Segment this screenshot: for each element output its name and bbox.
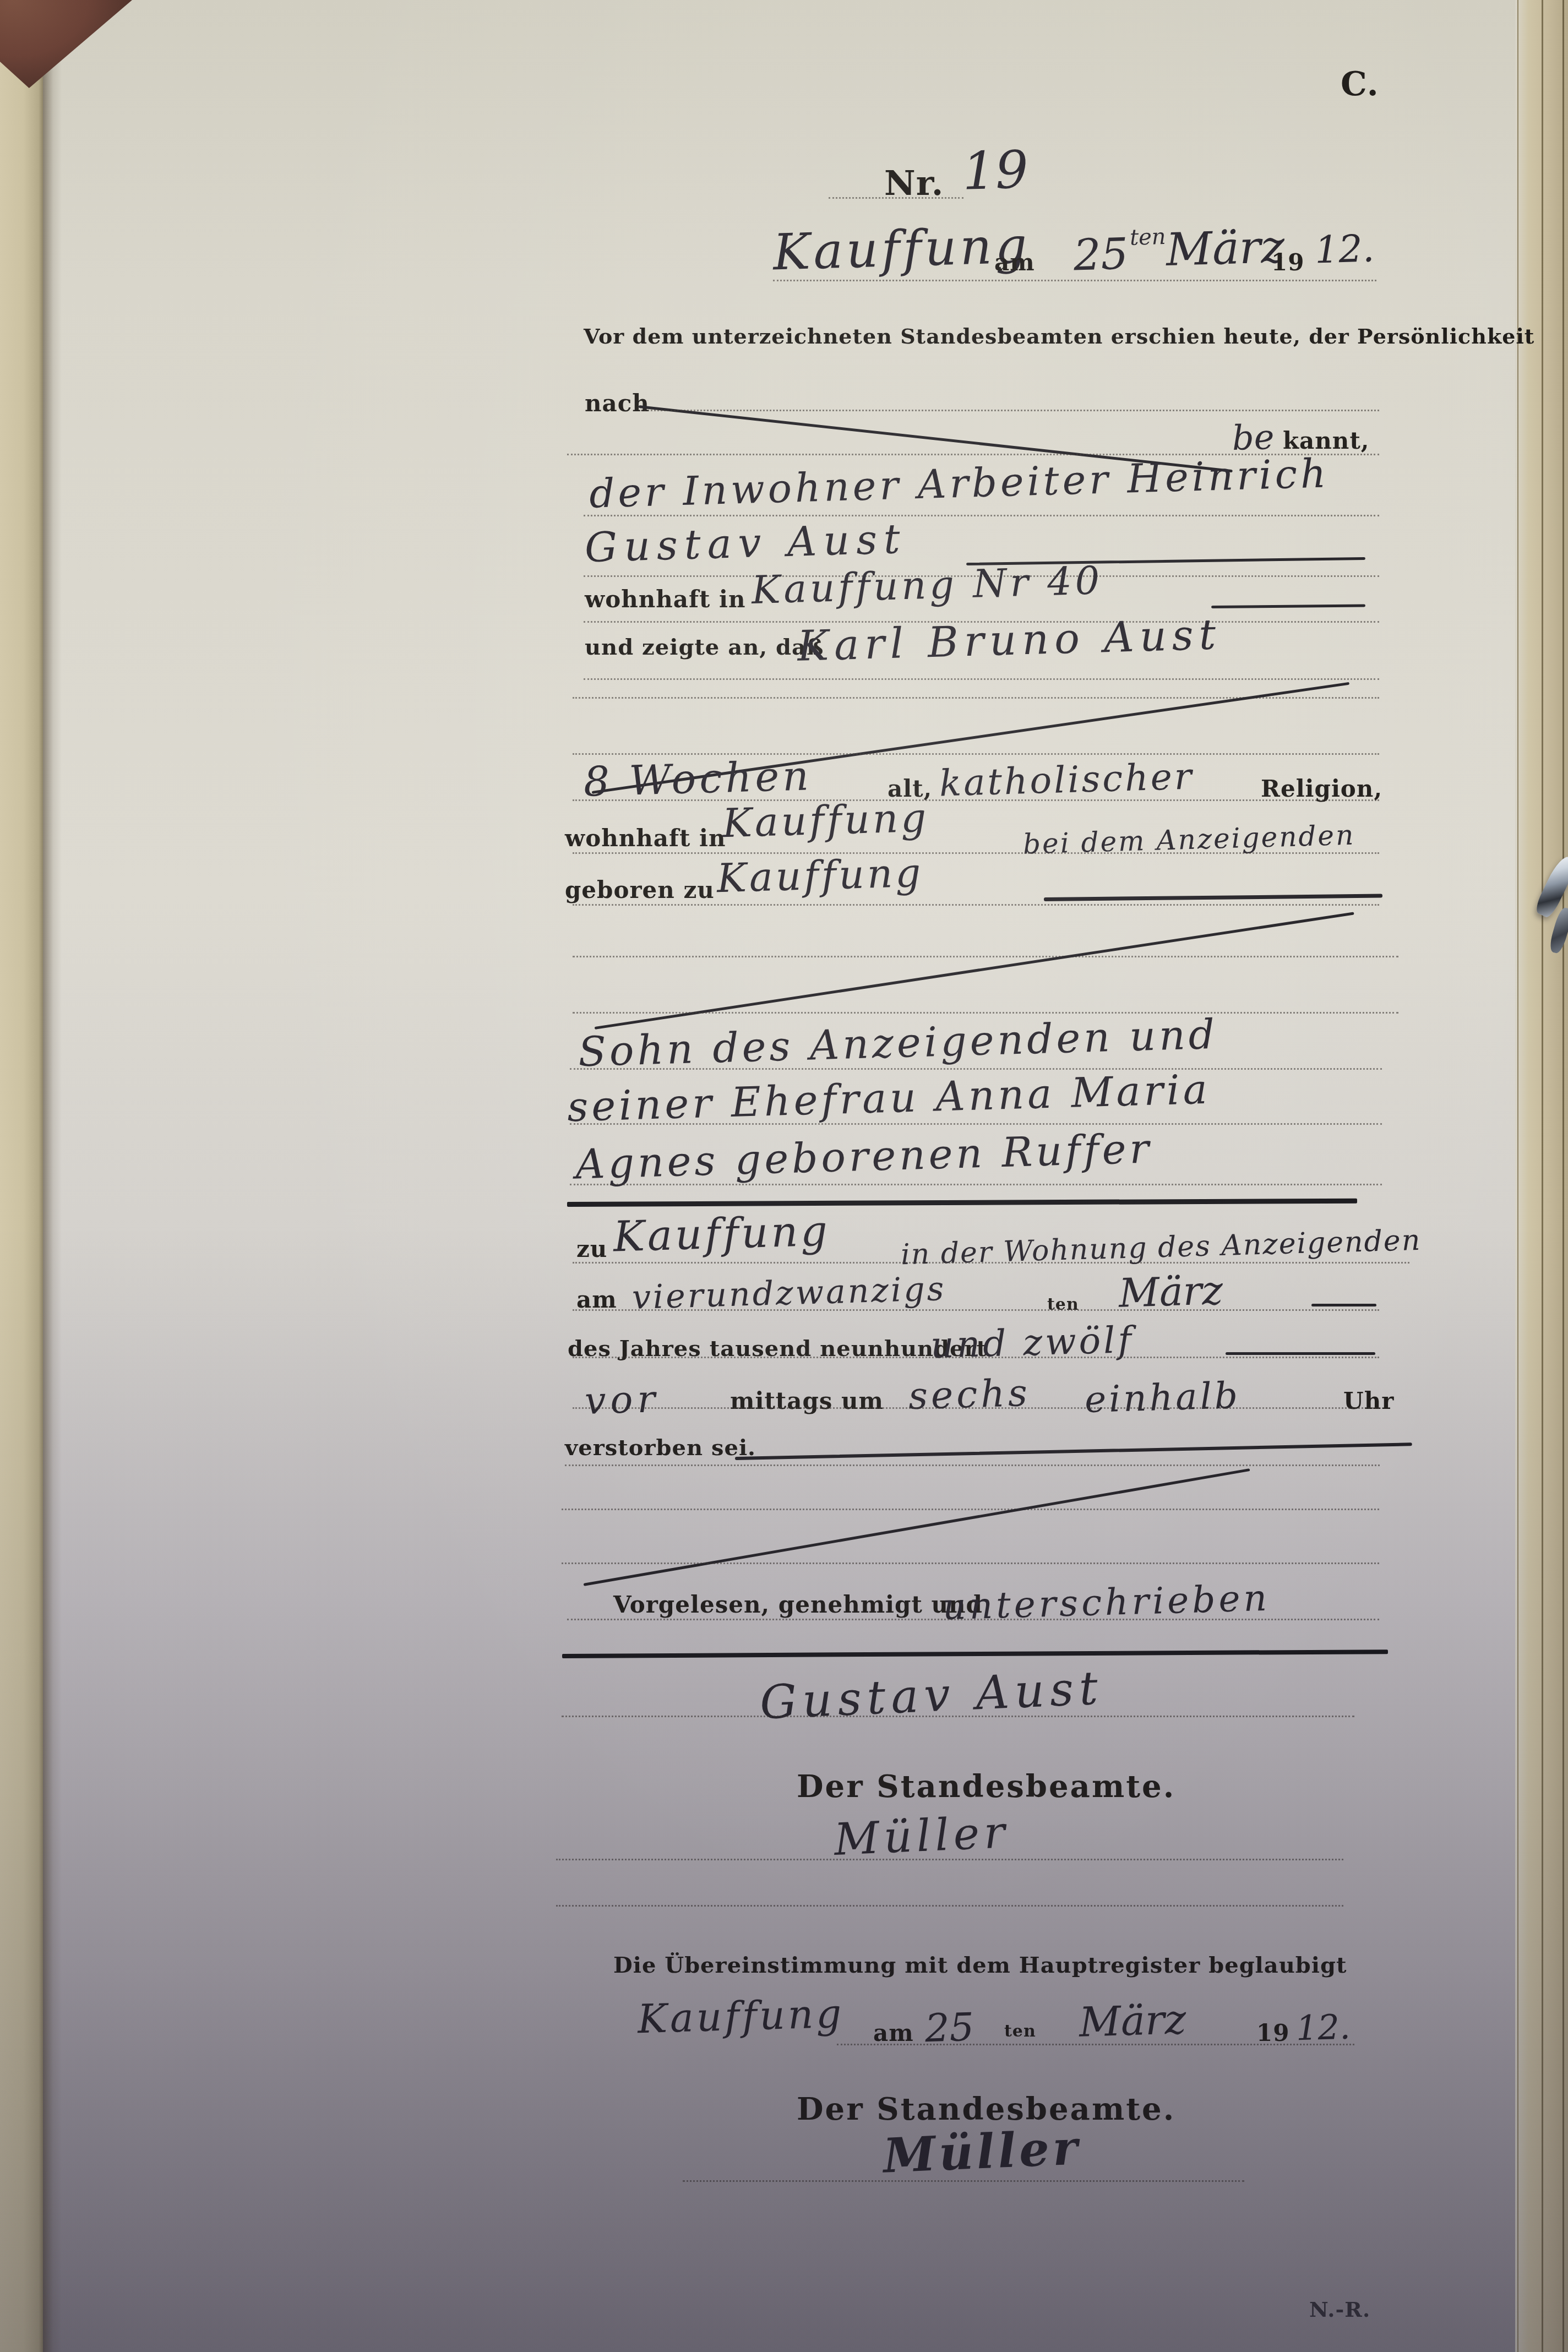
death-place-2: in der Wohnung des Anzeigenden [900,1224,1422,1271]
death-year-written: und zwölf [930,1319,1135,1366]
religion-written: katholischer [939,755,1194,805]
dotted-line [683,2180,1244,2182]
header-place: Kauffung [772,217,1031,282]
fill-dash [1311,1304,1376,1306]
birthplace-written: Kauffung [716,850,924,901]
fill-dash [1044,894,1382,901]
verstorben-label: verstorben sei. [565,1435,756,1461]
dotted-line [570,1184,1382,1185]
declarant-line1: der Inwohner Arbeiter Heinrich [589,450,1330,517]
zu-label: zu [576,1235,607,1262]
dotted-line [829,197,963,199]
religion-label: Religion, [1261,775,1382,802]
page-edge-line [1542,0,1543,2352]
uhr-label: Uhr [1343,1387,1394,1414]
mittags-label: mittags um [730,1387,884,1414]
age-written: 8 Wochen [583,752,813,806]
time-prefix-written: vor [584,1378,660,1423]
dotted-line [773,280,1376,281]
dotted-line [641,410,1379,411]
dotted-line [573,1012,1398,1014]
header-year-written: 12. [1314,227,1375,273]
dotted-line [573,1357,1379,1358]
nach-label: nach [585,390,650,417]
certification-month: März [1079,1996,1187,2046]
dotted-line [584,678,1379,680]
fill-line [735,1442,1412,1460]
deceased-residence: Kauffung [722,794,929,846]
book-cover-corner [0,0,132,88]
crossout-stroke [584,1468,1250,1586]
registrar-signature-2: Müller [882,2120,1082,2184]
geboren-label: geboren zu [565,876,715,903]
page-edge-line [1562,0,1564,2352]
dotted-line [573,1262,1409,1264]
page-section-letter: C. [1341,65,1379,104]
record-number-value: 19 [962,140,1030,202]
death-place: Kauffung [613,1206,831,1261]
dotted-line [570,1123,1382,1125]
dotted-line [573,852,1379,854]
certification-year-printed: 19 [1256,2019,1289,2046]
intro-line: Vor dem unterzeichneten Standesbeamten e… [584,324,1534,349]
dotted-line [562,1562,1379,1564]
dotted-line [565,1464,1380,1466]
certification-place: Kauffung [637,1990,845,2042]
dotted-line [584,515,1379,516]
dotted-line [573,753,1379,755]
dotted-line [556,1905,1343,1907]
registrar-title-2: Der Standesbeamte. [797,2091,1175,2127]
dotted-line [573,799,1379,801]
certification-am-label: am [873,2019,914,2046]
certification-year-written: 12. [1295,2007,1351,2049]
parents-line2: seiner Ehefrau Anna Maria [567,1066,1211,1131]
registry-page-photo: C. Nr. 19 Kauffung am 25 ten März 19 12.… [0,0,1568,2352]
deceased-residence-2: bei dem Anzeigenden [1022,819,1355,861]
dotted-line [562,1716,1354,1717]
registrar-title-1: Der Standesbeamte. [797,1768,1175,1805]
header-year-printed: 19 [1271,249,1304,276]
declarant-line2: Gustav Aust [584,515,907,571]
wohnhaft-label-1: wohnhaft in [585,586,746,613]
dotted-line [573,1407,1379,1409]
header-date-day: 25 [1073,230,1129,281]
certification-line: Die Übereinstimmung mit dem Hauptregiste… [613,1952,1347,1978]
declarant-signature: Gustav Aust [759,1660,1104,1729]
page-edge-line [1517,0,1518,2352]
deceased-name: Karl Bruno Aust [797,609,1222,670]
hour-written: sechs [908,1371,1031,1418]
dotted-line [837,2044,1354,2045]
section-rule [567,1199,1357,1207]
wohnhaft-label-2: wohnhaft in [565,825,726,852]
vorgelesen-label: Vorgelesen, genehmigt und [613,1591,983,1618]
dotted-line [573,956,1398,957]
unterschrieben-written: unterschrieben [942,1577,1271,1629]
death-ten-label: ten [1047,1295,1079,1314]
declarant-residence: Kauffung Nr 40 [751,558,1103,613]
fill-dash [1226,1352,1375,1355]
certification-ten-label: ten [1004,2022,1036,2041]
dotted-line [556,1859,1343,1860]
parents-line3: Agnes geborenen Ruffer [575,1125,1153,1188]
header-date-month: März [1166,221,1286,276]
book-gutter-shadow [43,0,62,2352]
dotted-line [573,904,1379,906]
dotted-line [573,1309,1379,1311]
registrar-signature-1: Müller [833,1806,1010,1865]
left-page-edge [0,0,43,2352]
dotted-line [570,1068,1382,1070]
header-date-day-suffix: ten [1129,224,1166,251]
dotted-line [567,1619,1379,1620]
half-written: einhalb [1084,1374,1241,1421]
header-am-label: am [994,249,1035,276]
footer-register-mark: N.-R. [1309,2297,1370,2322]
fill-dash [1211,605,1365,608]
signature-rule [562,1649,1388,1658]
anzeige-label: und zeigte an, daß [585,634,824,660]
dotted-line [562,1509,1379,1510]
parents-line1: Sohn des Anzeigenden und [578,1011,1218,1076]
